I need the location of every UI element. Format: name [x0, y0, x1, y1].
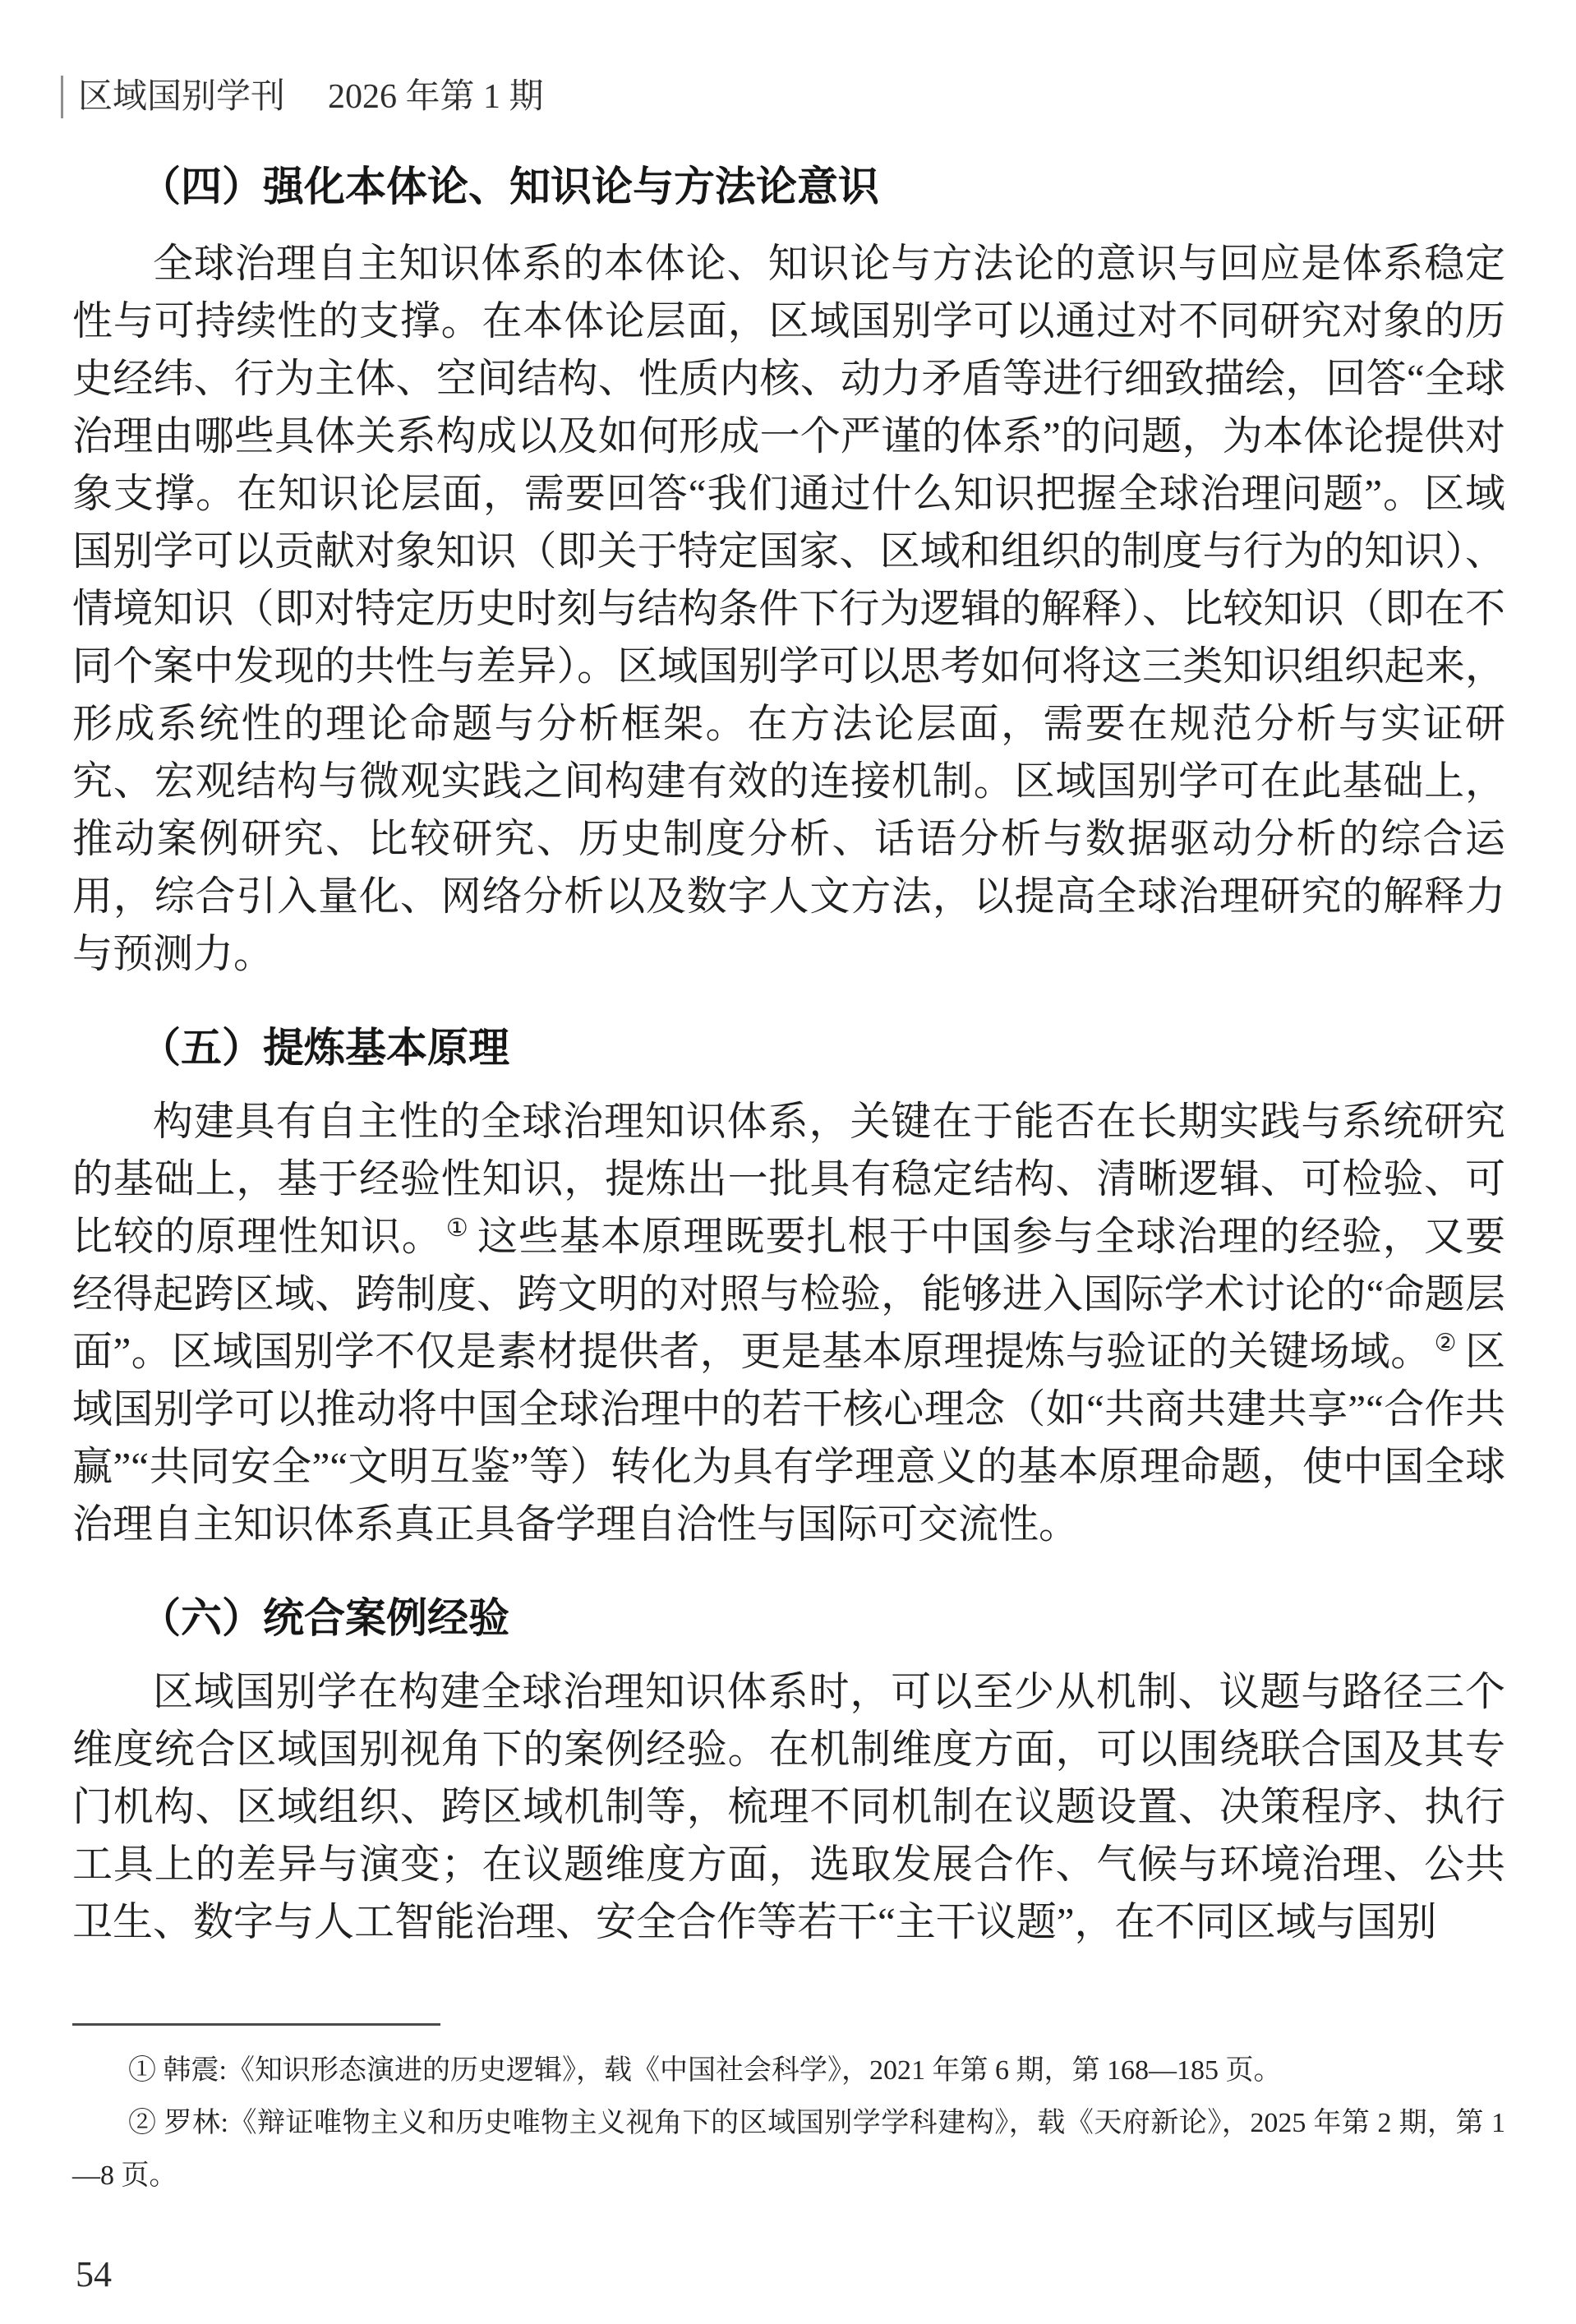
journal-title: 区域国别学刊: [78, 74, 285, 120]
footnote-item: ① 韩震:《知识形态演进的历史逻辑》，载《中国社会科学》，2021 年第 6 期…: [72, 2045, 1505, 2097]
body-paragraph: 区域国别学在构建全球治理知识体系时，可以至少从机制、议题与路径三个维度统合区域国…: [72, 1663, 1505, 1951]
page-number: 54: [76, 2253, 112, 2295]
journal-page: 区域国别学刊 2026 年第 1 期 （四）强化本体论、知识论与方法论意识全球治…: [0, 0, 1576, 2324]
text-segment: 区域国别学在构建全球治理知识体系时，可以至少从机制、议题与路径三个维度统合区域国…: [72, 1669, 1505, 1944]
text-segment: 全球治理自主知识体系的本体论、知识论与方法论的意识与回应是体系稳定性与可持续性的…: [72, 241, 1505, 976]
body-paragraph: 构建具有自主性的全球治理知识体系，关键在于能否在长期实践与系统研究的基础上，基于…: [72, 1093, 1505, 1553]
section-heading: （五）提炼基本原理: [140, 1019, 1505, 1077]
footnote-ref: ①: [446, 1215, 469, 1242]
footnote-separator-rule: [72, 2023, 440, 2026]
page-header: 区域国别学刊 2026 年第 1 期: [61, 74, 544, 120]
footnote-item: ② 罗林:《辩证唯物主义和历史唯物主义视角下的区域国别学学科建构》，载《天府新论…: [72, 2097, 1505, 2202]
footnotes-block: ① 韩震:《知识形态演进的历史逻辑》，载《中国社会科学》，2021 年第 6 期…: [72, 2045, 1505, 2202]
journal-issue: 2026 年第 1 期: [328, 74, 544, 120]
section-heading: （六）统合案例经验: [140, 1589, 1505, 1647]
header-rule-bar: [61, 76, 63, 118]
section-heading: （四）强化本体论、知识论与方法论意识: [140, 158, 1505, 215]
body-paragraph: 全球治理自主知识体系的本体论、知识论与方法论的意识与回应是体系稳定性与可持续性的…: [72, 235, 1505, 983]
footnote-ref: ②: [1435, 1330, 1457, 1357]
article-body: （四）强化本体论、知识论与方法论意识全球治理自主知识体系的本体论、知识论与方法论…: [72, 158, 1505, 1951]
